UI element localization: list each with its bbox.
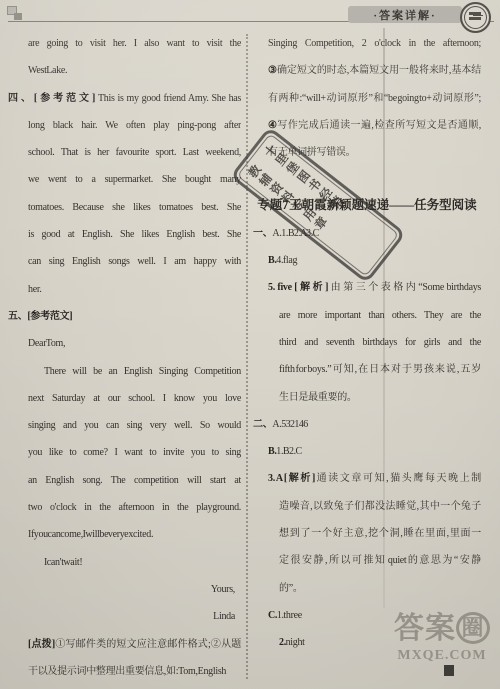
text-line: her. (28, 276, 241, 303)
watermark-domain: MXQE.COM (392, 648, 492, 664)
text-line: 五、[参考范文] (8, 303, 241, 330)
text-line: 的”。 (253, 575, 481, 602)
text-line: you like to come? I want to invite you t… (28, 439, 241, 466)
text-line: 干以及提示词中整理出重要信息,如:Tom,English (28, 658, 241, 685)
text-line: [点拨]①写邮件类的短文应注意邮件格式;②从题 (28, 631, 241, 658)
seal-badge-icon (460, 2, 491, 33)
text-line: an English song. The competition will st… (28, 467, 241, 494)
text-line: 造噪音,以致兔子们都没法睡觉,其中一个兔子 (253, 493, 481, 520)
right-column: Singing Competition, 2 o'clock in the af… (253, 30, 481, 657)
text-line: Linda (28, 603, 241, 630)
text-line: 生日是最重要的。 (253, 384, 481, 411)
text-line: fifth for boys.”可知,在日本对于男孩来说,五岁 (253, 356, 481, 383)
answer-header-pill: ·答案详解· (348, 6, 462, 23)
text-line: If you can come, I will be very excited. (28, 521, 241, 548)
text-line: 定很安静,所以可推知 quiet 的意思为“安静 (253, 547, 481, 574)
watermark-title: 答案圈 (392, 612, 492, 646)
watermark-circled-char: 圈 (456, 612, 490, 644)
text-line: 二、A. 5 3 2 1 4 6 (253, 411, 481, 438)
text-line: school. That is her favourite sport. Las… (28, 139, 241, 166)
text-line: 想到了一个好主意,挖个洞,睡在里面,里面一 (253, 520, 481, 547)
text-line: long black hair. We often play ping-pong… (28, 112, 241, 139)
scanned-answer-page: ·答案详解· are going to visit her. I also wa… (0, 0, 500, 689)
text-line: West Lake. (28, 57, 241, 84)
text-line: There will be an English Singing Competi… (28, 358, 241, 385)
text-line: is good at English. She likes English be… (28, 221, 241, 248)
text-line: B. 1. B 2. C (253, 438, 481, 465)
text-line: Yours, (28, 576, 241, 603)
text-line: can sing English songs well. I am happy … (28, 248, 241, 275)
text-line: 有两种:“will+动词原形”和“be going to+动词原形”; (253, 85, 481, 112)
text-line: ③确定短文的时态,本篇短文用一般将来时,基本结构 (253, 57, 481, 84)
scan-artifact-square (444, 665, 454, 676)
answer-header-label: ·答案详解· (373, 7, 436, 23)
text-line: 3. A [解析] 通读文章可知,猫头鹰每天晚上制 (253, 465, 481, 492)
watermark-text: 答案 (394, 612, 456, 645)
text-line: tomatoes. Because she likes tomatoes bes… (28, 194, 241, 221)
print-mark (14, 13, 22, 20)
text-line: 四、[参考范文] This is my good friend Amy. She… (8, 85, 241, 112)
column-divider (246, 34, 248, 679)
text-line: Dear Tom, (28, 330, 241, 357)
text-line: are going to visit her. I also want to v… (28, 30, 241, 57)
text-line: next Saturday at our school. I know you … (28, 385, 241, 412)
text-line: I can't wait! (28, 549, 241, 576)
text-line: third and seventh birthdays for girls an… (253, 329, 481, 356)
watermark-logo: 答案圈 MXQE.COM (392, 612, 492, 664)
text-line: are more important than others. They are… (253, 302, 481, 329)
text-line: two o'clock in the afternoon in the play… (28, 494, 241, 521)
left-column: are going to visit her. I also want to v… (28, 30, 241, 685)
text-line: singing and you can sing very well. So w… (28, 412, 241, 439)
text-line: Singing Competition, 2 o'clock in the af… (253, 30, 481, 57)
text-line: ④写作完成后通读一遍,检查所写短文是否通顺, (253, 112, 481, 139)
text-line: we went to a supermarket. She bought man… (28, 166, 241, 193)
